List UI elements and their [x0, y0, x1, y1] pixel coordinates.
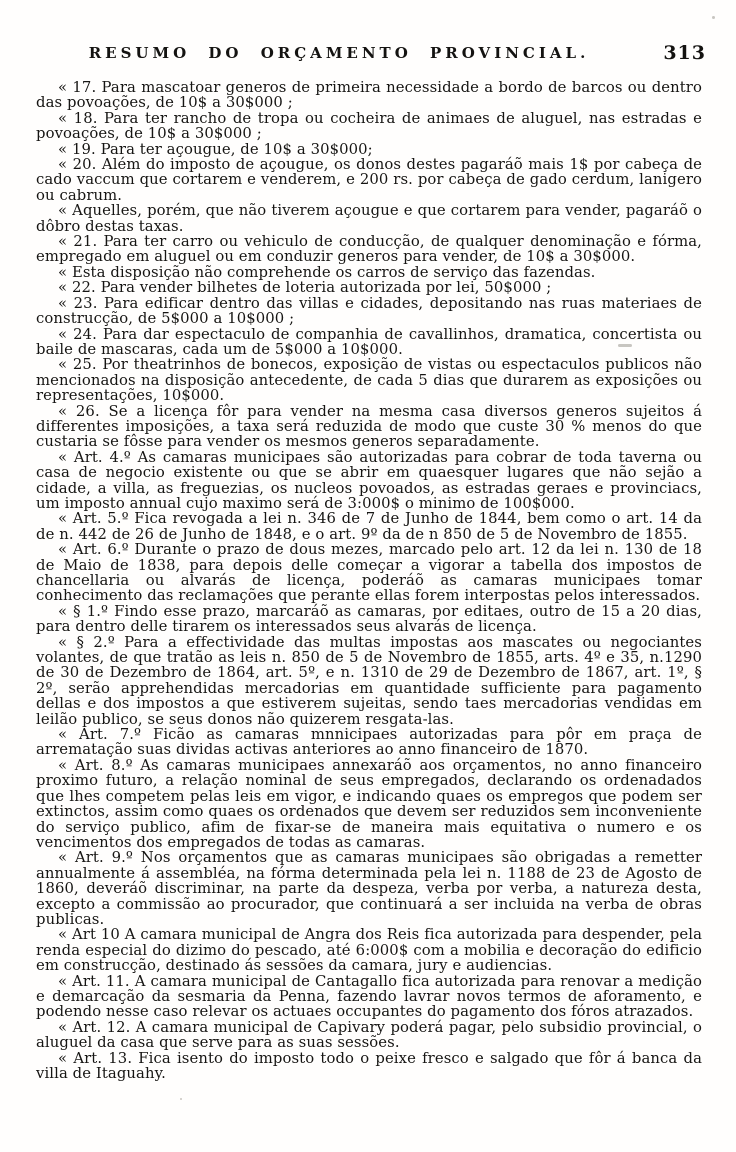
paragraph-item-25: « 25. Por theatrinhos de bonecos, exposi… — [36, 357, 702, 403]
paragraph-item-19: « 19. Para ter açougue, de 10$ a 30$000; — [36, 142, 702, 157]
scan-speck — [180, 1098, 182, 1100]
running-title: RESUMO DO ORÇAMENTO PROVINCIAL. — [36, 44, 642, 62]
paragraph-item-26: « 26. Se a licença fôr para vender na me… — [36, 404, 702, 450]
paragraph-item-17: « 17. Para mascatoar generos de primeira… — [36, 80, 702, 111]
paragraph-art-6: « Art. 6.º Durante o prazo de dous mezes… — [36, 542, 702, 604]
paragraph-art-9: « Art. 9.º Nos orçamentos que as camaras… — [36, 850, 702, 927]
paragraph-aquelles: « Aquelles, porém, que não tiverem açoug… — [36, 203, 702, 234]
paragraph-disposicao: « Esta disposição não comprehende os car… — [36, 265, 702, 280]
paragraph-art-12: « Art. 12. A camara municipal de Capivar… — [36, 1020, 702, 1051]
paragraph-art-8: « Art. 8.º As camaras municipaes annexar… — [36, 758, 702, 850]
paragraph-item-18: « 18. Para ter rancho de tropa ou cochei… — [36, 111, 702, 142]
paragraph-item-24: « 24. Para dar espectaculo de companhia … — [36, 327, 702, 358]
paragraph-art-11: « Art. 11. A camara municipal de Cantaga… — [36, 974, 702, 1020]
running-head: RESUMO DO ORÇAMENTO PROVINCIAL. 313 — [36, 44, 702, 68]
scan-speck — [512, 1020, 514, 1022]
document-page: RESUMO DO ORÇAMENTO PROVINCIAL. 313 « 17… — [0, 0, 736, 1152]
paragraph-art-10: « Art 10 A camara municipal de Angra dos… — [36, 927, 702, 973]
text-block: « 17. Para mascatoar generos de primeira… — [36, 80, 702, 1081]
paragraph-par-2: « § 2.º Para a effectividade das multas … — [36, 635, 702, 727]
paragraph-item-22: « 22. Para vender bilhetes de loteria au… — [36, 280, 702, 295]
paragraph-art-13: « Art. 13. Fica isento do imposto todo o… — [36, 1051, 702, 1082]
paragraph-par-1: « § 1.º Findo esse prazo, marcaráõ as ca… — [36, 604, 702, 635]
paragraph-art-5: « Art. 5.º Fica revogada a lei n. 346 de… — [36, 511, 702, 542]
paragraph-item-20: « 20. Além do imposto de açougue, os don… — [36, 157, 702, 203]
scan-smudge — [618, 344, 632, 347]
paragraph-item-21: « 21. Para ter carro ou vehiculo de cond… — [36, 234, 702, 265]
paragraph-item-23: « 23. Para edificar dentro das villas e … — [36, 296, 702, 327]
page-number: 313 — [663, 42, 706, 64]
scan-speck — [712, 16, 715, 19]
paragraph-art-7: « Art. 7.º Ficão as camaras mnnicipaes a… — [36, 727, 702, 758]
paragraph-art-4: « Art. 4.º As camaras municipaes são aut… — [36, 450, 702, 512]
